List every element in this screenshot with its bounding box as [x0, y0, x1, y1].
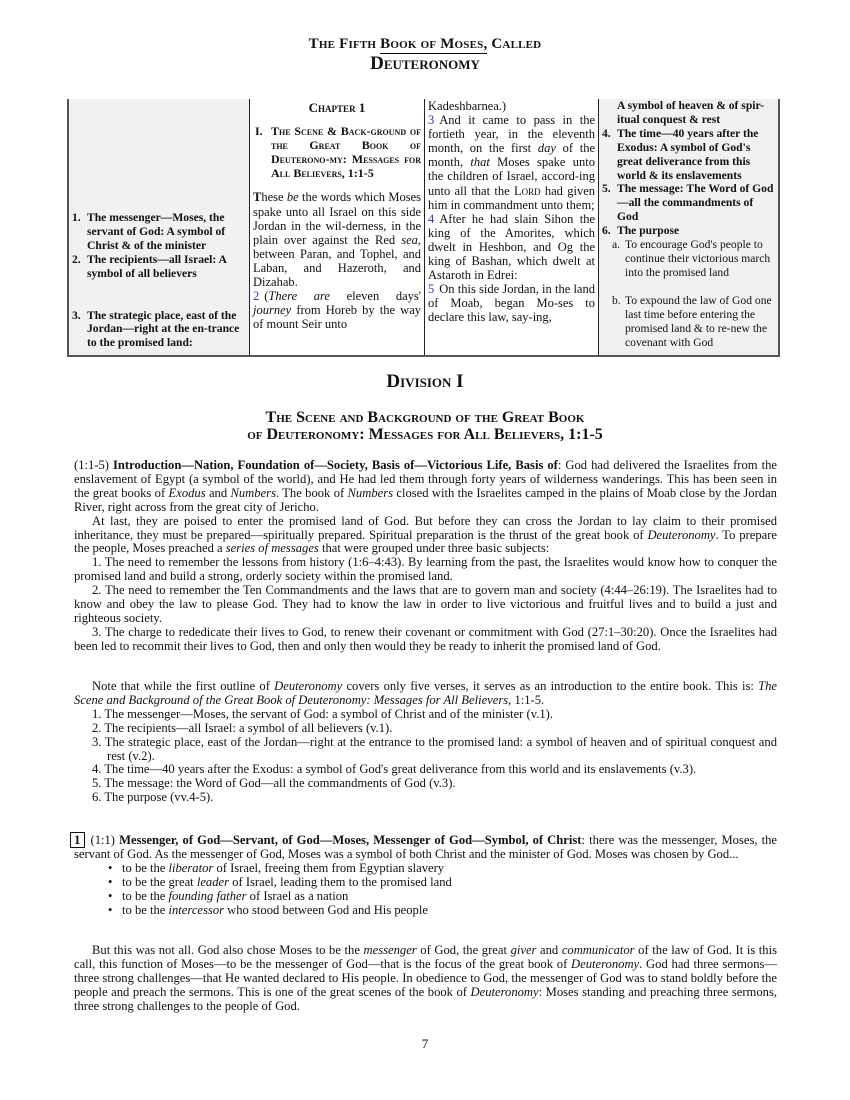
body-text: of Israel, leading them to the promised …	[229, 875, 452, 889]
verse-text: eleven days'	[330, 289, 421, 303]
subject-2: 2. The need to remember the Ten Commandm…	[74, 584, 777, 626]
body-text: to be the	[122, 861, 169, 875]
bullet-item: •to be the intercessor who stood between…	[122, 904, 777, 918]
verse-number: 2	[253, 289, 259, 303]
emphasis: series of messages	[226, 541, 319, 555]
division-subtitle-line: of Deuteronomy: Messages for All Believe…	[0, 426, 850, 443]
outline-text: A symbol of heaven & of spir-itual conqu…	[617, 99, 775, 127]
body-text: But this was not all. God also chose Mos…	[92, 943, 364, 957]
outline-num: 4.	[602, 127, 617, 183]
heading-text: The Scene & Back-ground of the Great Boo…	[271, 124, 421, 180]
scripture-ref: (1:1)	[91, 833, 120, 847]
bullet-item: •to be the founding father of Israel as …	[122, 890, 777, 904]
book-title-line: The Fifth Book of Moses, Called	[0, 36, 850, 53]
division-subtitle: The Scene and Background of the Great Bo…	[0, 409, 850, 443]
book-name: Deuteronomy	[647, 528, 715, 542]
division-title: Division I	[0, 371, 850, 393]
outline-text: To encourage God's people to continue th…	[625, 238, 775, 280]
verse-5: 5On this side Jordan, in the land of Moa…	[428, 282, 595, 324]
outline-item: 2.The recipients—all Israel: A symbol of…	[72, 253, 247, 281]
verse-italic: journey	[253, 303, 291, 317]
scripture-ref: (1:1-5)	[74, 458, 113, 472]
body-text: of God, the great	[417, 943, 511, 957]
bullet-icon: •	[108, 890, 112, 904]
outline-item: 5.The message: The Word of God—all the c…	[602, 182, 775, 224]
book-title-part-underlined: Book of Moses,	[380, 36, 487, 54]
scripture-column-2: Kadeshbarnea.) 3And it came to pass in t…	[425, 99, 599, 355]
body-text: to be the	[122, 889, 169, 903]
verse-italic: that	[470, 155, 489, 169]
note-list-item: 1. The messenger—Moses, the servant of G…	[74, 708, 777, 722]
division-subtitle-line: The Scene and Background of the Great Bo…	[0, 409, 850, 426]
right-outline-column: A symbol of heaven & of spir-itual conqu…	[599, 99, 778, 355]
messenger-paragraph: 1(1:1) Messenger, of God—Servant, of God…	[74, 832, 777, 862]
body-text: that were grouped under three basic subj…	[319, 541, 549, 555]
verse-italic: day	[538, 141, 556, 155]
chapter-title: Chapter 1	[253, 101, 421, 115]
outline-num: 1.	[72, 211, 87, 253]
outline-num: b.	[612, 294, 625, 350]
outline-item: 4.The time—40 years after the Exodus: A …	[602, 127, 775, 183]
note-list-item: 4. The time—40 years after the Exodus: a…	[74, 763, 777, 777]
body-text: covers only five verses, it serves as an…	[342, 679, 758, 693]
outline-num: 5.	[602, 182, 617, 224]
page-number: 7	[0, 1036, 850, 1052]
outline-text: The time—40 years after the Exodus: A sy…	[617, 127, 775, 183]
outline-num: 3.	[72, 309, 87, 351]
verse-2: 2(There are eleven days' journey from Ho…	[253, 289, 421, 331]
closing-paragraph: But this was not all. God also chose Mos…	[74, 944, 777, 1014]
chapter-heading: I. The Scene & Back-ground of the Great …	[253, 124, 421, 180]
verse-4: 4After he had slain Sihon the king of th…	[428, 212, 595, 282]
book-name: Deuteronomy	[274, 679, 342, 693]
emphasis: messenger	[364, 943, 417, 957]
emphasis: leader	[197, 875, 229, 889]
messenger-bullet-list: •to be the liberator of Israel, freeing …	[74, 862, 777, 918]
note-list-item: 3. The strategic place, east of the Jord…	[74, 736, 777, 764]
body-text: to be the	[122, 903, 169, 917]
body-text: Note that while the first outline of	[92, 679, 274, 693]
page-header: The Fifth Book of Moses, Called Deuteron…	[0, 36, 850, 75]
bullet-item: •to be the liberator of Israel, freeing …	[122, 862, 777, 876]
subject-1: 1. The need to remember the lessons from…	[74, 556, 777, 584]
book-title-part: Called	[487, 36, 541, 52]
verse-number: 3	[428, 113, 434, 127]
scripture-column-1: Chapter 1 I. The Scene & Back-ground of …	[250, 99, 425, 355]
outline-num: 2.	[72, 253, 87, 281]
book-name: Deuteronomy	[0, 53, 850, 75]
lord-smallcaps: Lord	[514, 184, 541, 198]
intro-paragraph-1: (1:1-5) Introduction—Nation, Foundation …	[74, 459, 777, 515]
scripture-ref: 1:1-5.	[511, 693, 544, 707]
book-name: Deuteronomy	[471, 985, 539, 999]
outline-num: a.	[612, 238, 625, 280]
note-list-item: 5. The message: the Word of God—all the …	[74, 777, 777, 791]
verse-1: These be the words which Moses spake unt…	[253, 190, 421, 289]
outline-subitem: b.To expound the law of God one last tim…	[602, 294, 775, 350]
verse-text: On this side Jordan, in the land of Moab…	[428, 282, 595, 324]
body-text: who stood between God and His people	[224, 903, 428, 917]
verse-italic: There are	[268, 289, 330, 303]
intro-paragraph-2: At last, they are poised to enter the pr…	[74, 515, 777, 557]
book-name: Deuteronomy	[571, 957, 639, 971]
outline-text: The strategic place, east of the Jordan—…	[87, 309, 247, 351]
book-name: Numbers	[230, 486, 275, 500]
body-text: . The book of	[276, 486, 348, 500]
emphasis: liberator	[169, 861, 214, 875]
topic-heading: Introduction—Nation, Foundation of—Socie…	[113, 458, 558, 472]
bullet-icon: •	[108, 862, 112, 876]
outline-text: The purpose	[617, 224, 775, 238]
verse-italic: sea	[401, 233, 418, 247]
book-title-part: The Fifth	[309, 36, 380, 52]
verse-3: 3And it came to pass in the fortieth yea…	[428, 113, 595, 212]
point-number-box: 1	[70, 832, 85, 848]
outline-text: To expound the law of God one last time …	[625, 294, 775, 350]
note-section: Note that while the first outline of Deu…	[74, 680, 777, 805]
book-name: Numbers	[348, 486, 393, 500]
bullet-icon: •	[108, 876, 112, 890]
book-name: Exodus	[169, 486, 206, 500]
chapter-outline-table: 1.The messenger—Moses, the servant of Go…	[67, 99, 780, 357]
note-paragraph: Note that while the first outline of Deu…	[74, 680, 777, 708]
verse-italic: be	[287, 190, 299, 204]
heading-num: I.	[255, 124, 271, 180]
body-text: and	[206, 486, 231, 500]
outline-text: The messenger—Moses, the servant of God:…	[87, 211, 247, 253]
outline-text: The message: The Word of God—all the com…	[617, 182, 775, 224]
emphasis: communicator	[562, 943, 635, 957]
outline-item-continued: A symbol of heaven & of spir-itual conqu…	[602, 99, 775, 127]
emphasis: intercessor	[169, 903, 225, 917]
outline-num: 6.	[602, 224, 617, 238]
note-list-item: 6. The purpose (vv.4-5).	[74, 791, 777, 805]
body-text: and	[536, 943, 561, 957]
verse-text: hese	[261, 190, 287, 204]
bullet-item: •to be the great leader of Israel, leadi…	[122, 876, 777, 890]
verse-text: After he had slain Sihon the king of the…	[428, 212, 595, 282]
verse-2-continued: Kadeshbarnea.)	[428, 99, 595, 113]
body-text: to be the great	[122, 875, 197, 889]
body-text: of Israel as a nation	[247, 889, 349, 903]
messenger-section: 1(1:1) Messenger, of God—Servant, of God…	[74, 832, 777, 918]
body-text: of Israel, freeing them from Egyptian sl…	[213, 861, 444, 875]
introduction-section: (1:1-5) Introduction—Nation, Foundation …	[74, 459, 777, 654]
bullet-icon: •	[108, 904, 112, 918]
subject-3: 3. The charge to rededicate their lives …	[74, 626, 777, 654]
outline-item: 1.The messenger—Moses, the servant of Go…	[72, 211, 247, 253]
emphasis: giver	[511, 943, 537, 957]
note-list-item: 2. The recipients—all Israel: a symbol o…	[74, 722, 777, 736]
topic-heading: Messenger, of God—Servant, of God—Moses,…	[119, 833, 581, 847]
verse-number: 5	[428, 282, 434, 296]
outline-subitem: a.To encourage God's people to continue …	[602, 238, 775, 280]
left-outline-column: 1.The messenger—Moses, the servant of Go…	[69, 99, 250, 355]
outline-item: 3.The strategic place, east of the Jorda…	[72, 309, 247, 351]
emphasis: founding father	[169, 889, 247, 903]
closing-section: But this was not all. God also chose Mos…	[74, 944, 777, 1014]
outline-item: 6.The purpose	[602, 224, 775, 238]
outline-text: The recipients—all Israel: A symbol of a…	[87, 253, 247, 281]
verse-number: 4	[428, 212, 434, 226]
